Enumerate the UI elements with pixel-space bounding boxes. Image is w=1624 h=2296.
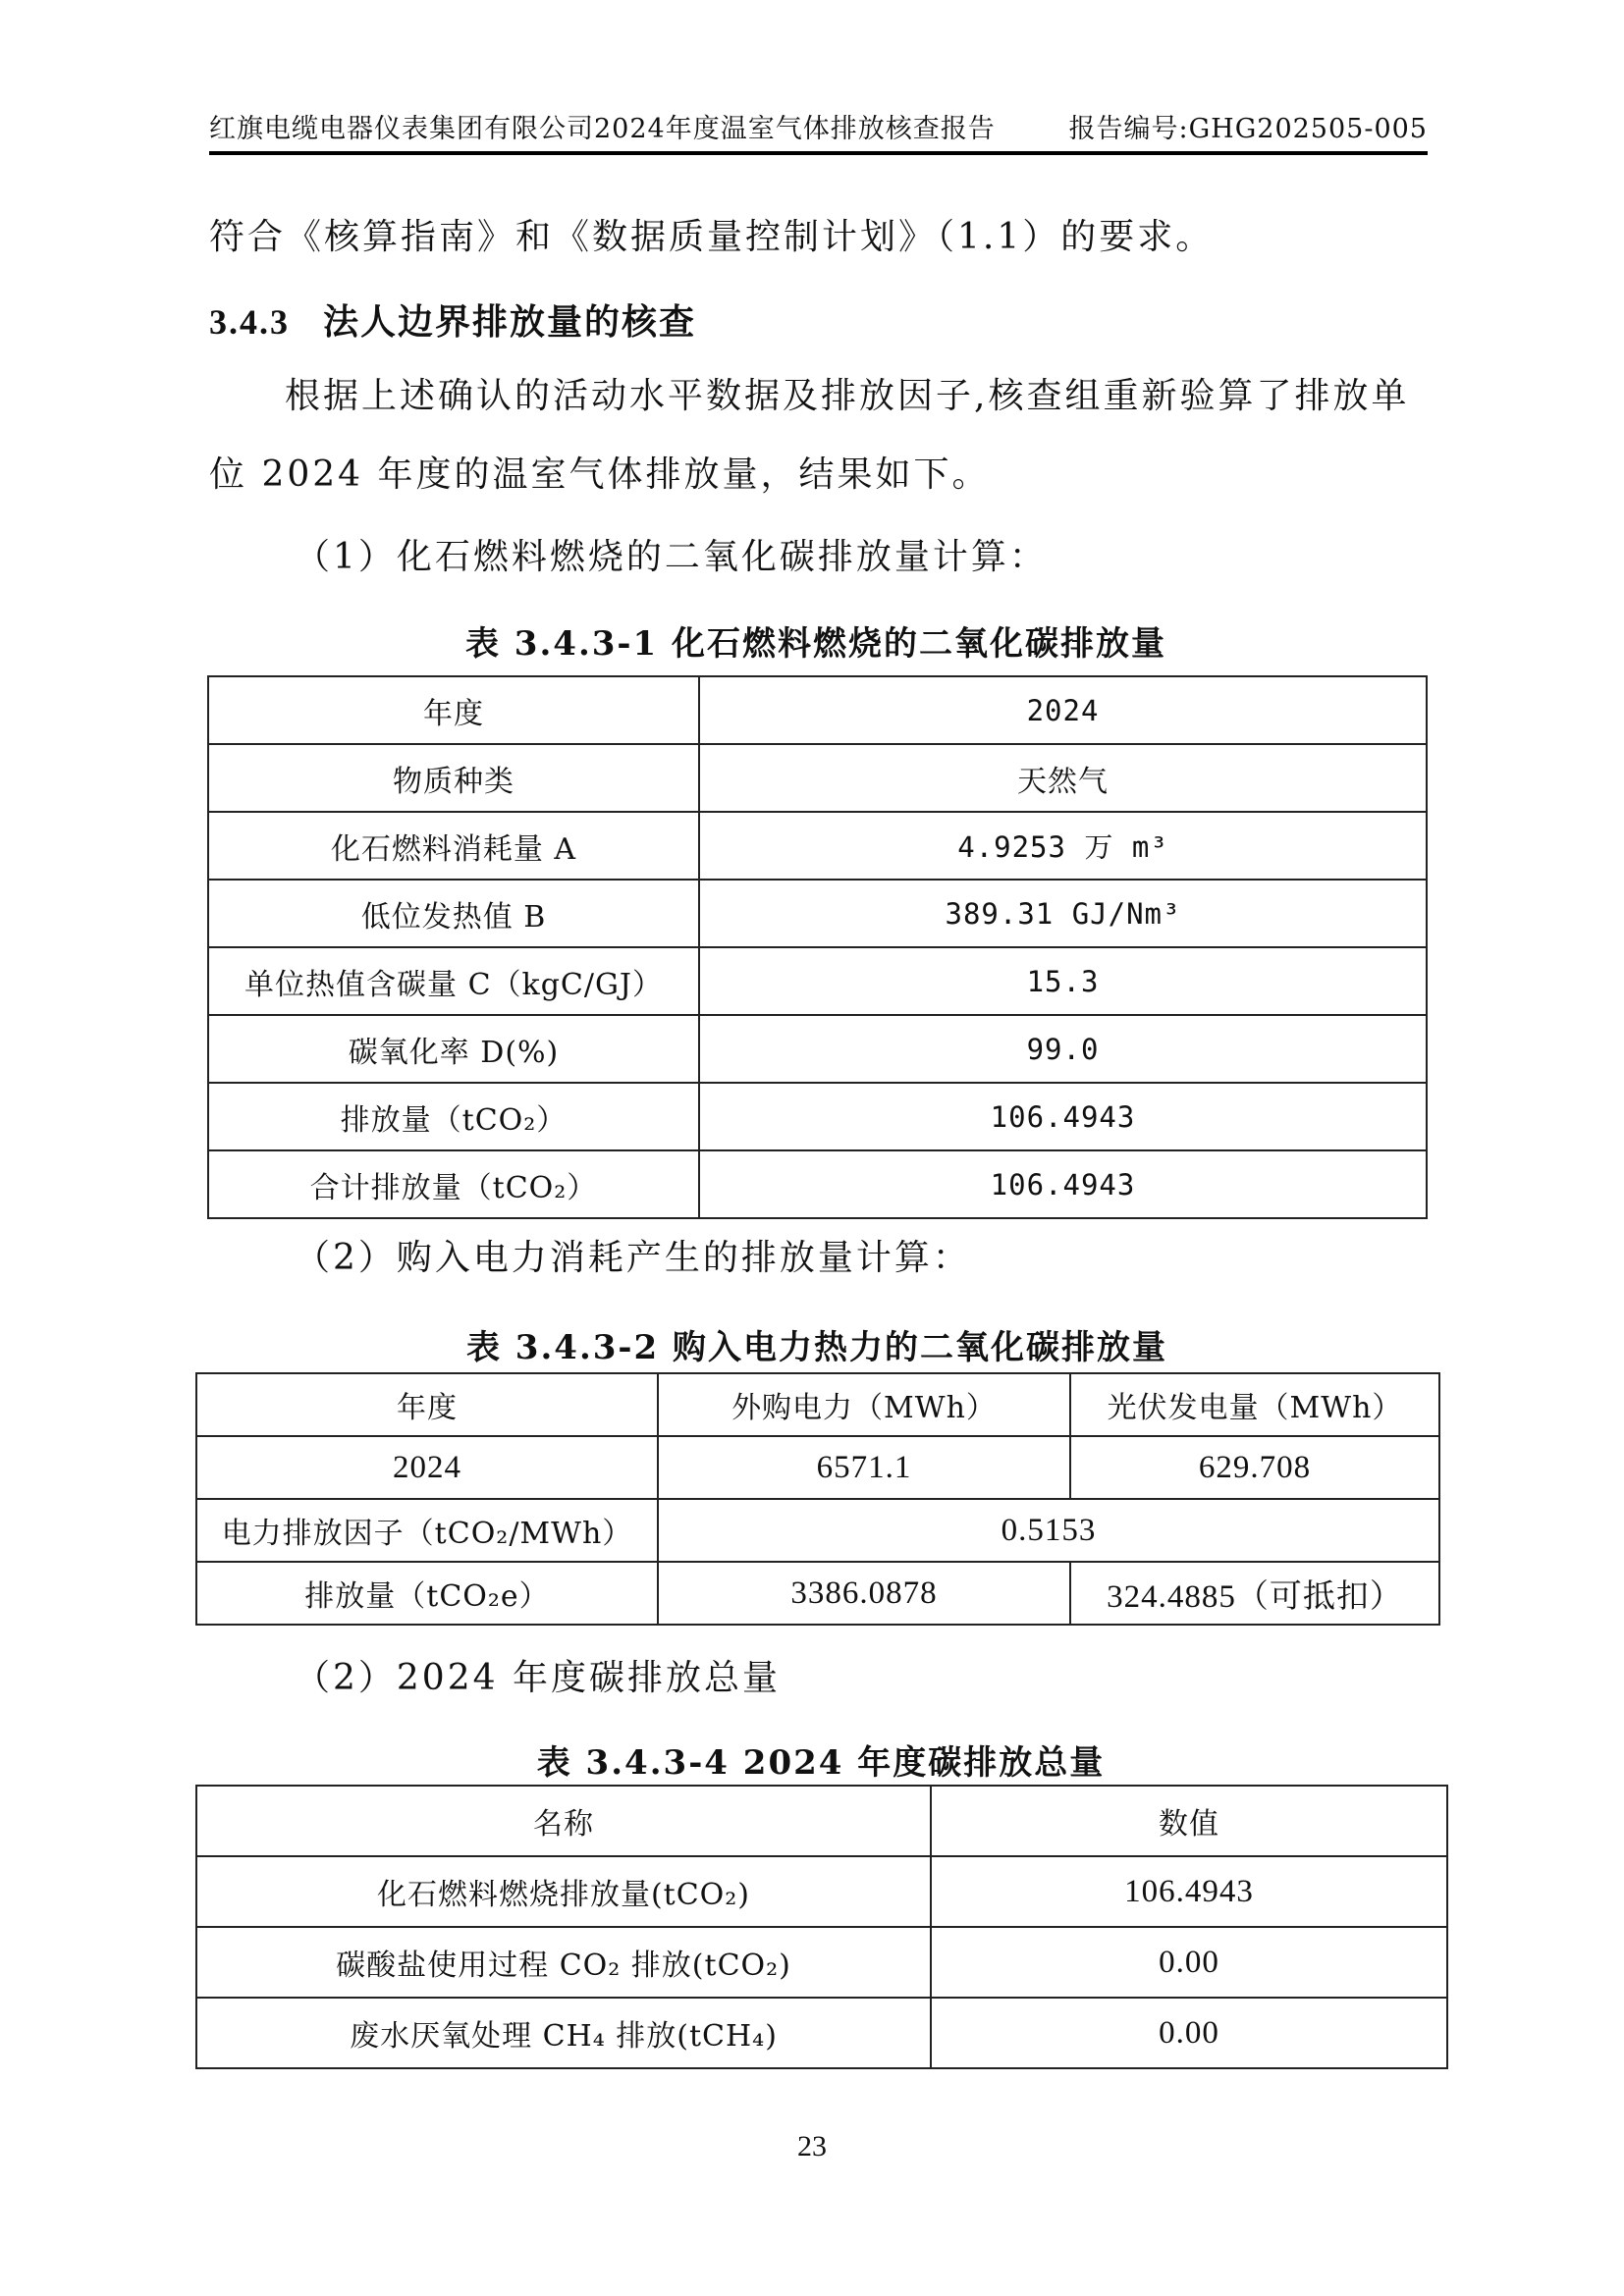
section-heading: 3.4.3法人边界排放量的核查	[209, 294, 696, 345]
table-row: 物质种类 天然气	[208, 744, 1427, 812]
table-row: 化石燃料消耗量 A 4.9253 万 m³	[208, 812, 1427, 880]
row-value: 99.0	[699, 1015, 1427, 1083]
section-number: 3.4.3	[209, 302, 290, 342]
table-header-row: 年度 外购电力（MWh） 光伏发电量（MWh）	[196, 1373, 1439, 1436]
row-label: 碳酸盐使用过程 CO₂ 排放(tCO₂)	[196, 1927, 931, 1998]
running-header: 红旗电缆电器仪表集团有限公司2024年度温室气体排放核查报告 报告编号:GHG2…	[209, 116, 1428, 155]
col-header-pv: 光伏发电量（MWh）	[1070, 1373, 1439, 1436]
emission-pv: 324.4885（可抵扣）	[1070, 1562, 1439, 1625]
row-label: 排放量（tCO₂）	[208, 1083, 699, 1150]
section-title: 法人边界排放量的核查	[323, 301, 696, 343]
emission-label: 排放量（tCO₂e）	[196, 1562, 658, 1625]
row-label: 单位热值含碳量 C（kgC/GJ）	[208, 947, 699, 1015]
table-row: 电力排放因子（tCO₂/MWh） 0.5153	[196, 1499, 1439, 1562]
table-row: 碳氧化率 D(%) 99.0	[208, 1015, 1427, 1083]
row-value: 106.4943	[931, 1856, 1447, 1927]
total-emission-table: 名称 数值 化石燃料燃烧排放量(tCO₂) 106.4943 碳酸盐使用过程 C…	[195, 1785, 1448, 2069]
fossil-fuel-emission-table: 年度 2024 物质种类 天然气 化石燃料消耗量 A 4.9253 万 m³ 低…	[207, 675, 1428, 1219]
col-header-value: 数值	[931, 1786, 1447, 1856]
row-label: 合计排放量（tCO₂）	[208, 1150, 699, 1218]
col-header-name: 名称	[196, 1786, 931, 1856]
row-value: 106.4943	[699, 1150, 1427, 1218]
row-label: 低位发热值 B	[208, 880, 699, 947]
cell-purchased: 6571.1	[658, 1436, 1070, 1499]
row-label: 年度	[208, 676, 699, 744]
cell-year: 2024	[196, 1436, 658, 1499]
subsection-2-title: （2）购入电力消耗产生的排放量计算：	[295, 1239, 971, 1278]
row-value: 0.00	[931, 1998, 1447, 2068]
table-row: 排放量（tCO₂e） 3386.0878 324.4885（可抵扣）	[196, 1562, 1439, 1625]
row-value: 2024	[699, 676, 1427, 744]
factor-value: 0.5153	[658, 1499, 1439, 1562]
table-row: 排放量（tCO₂） 106.4943	[208, 1083, 1427, 1150]
continuation-line: 符合《核算指南》和《数据质量控制计划》（1.1）的要求。	[209, 218, 1214, 257]
row-label: 化石燃料燃烧排放量(tCO₂)	[196, 1856, 931, 1927]
cell-pv: 629.708	[1070, 1436, 1439, 1499]
table-row: 低位发热值 B 389.31 GJ/Nm³	[208, 880, 1427, 947]
row-value: 15.3	[699, 947, 1427, 1015]
table-row: 年度 2024	[208, 676, 1427, 744]
paragraph-line-1: 根据上述确认的活动水平数据及排放因子,核查组重新验算了排放单	[285, 377, 1409, 416]
row-value: 106.4943	[699, 1083, 1427, 1150]
table-row: 化石燃料燃烧排放量(tCO₂) 106.4943	[196, 1856, 1447, 1927]
emission-purchased: 3386.0878	[658, 1562, 1070, 1625]
row-label: 废水厌氧处理 CH₄ 排放(tCH₄)	[196, 1998, 931, 2068]
purchased-electricity-table: 年度 外购电力（MWh） 光伏发电量（MWh） 2024 6571.1 629.…	[195, 1372, 1440, 1626]
subsection-1-title: （1）化石燃料燃烧的二氧化碳排放量计算：	[295, 538, 1048, 577]
table2-caption: 表 3.4.3-2 购入电力热力的二氧化碳排放量	[194, 1320, 1439, 1368]
table-row: 废水厌氧处理 CH₄ 排放(tCH₄) 0.00	[196, 1998, 1447, 2068]
row-value: 0.00	[931, 1927, 1447, 1998]
table3-caption: 表 3.4.3-4 2024 年度碳排放总量	[194, 1735, 1447, 1784]
row-label: 化石燃料消耗量 A	[208, 812, 699, 880]
col-header-year: 年度	[196, 1373, 658, 1436]
row-value: 天然气	[699, 744, 1427, 812]
table-row: 合计排放量（tCO₂） 106.4943	[208, 1150, 1427, 1218]
table1-caption: 表 3.4.3-1 化石燃料燃烧的二氧化碳排放量	[206, 616, 1426, 665]
table-row: 2024 6571.1 629.708	[196, 1436, 1439, 1499]
page-number: 23	[0, 2130, 1624, 2163]
paragraph-line-2: 位 2024 年度的温室气体排放量，结果如下。	[209, 455, 991, 495]
row-value: 4.9253 万 m³	[699, 812, 1427, 880]
table-row: 碳酸盐使用过程 CO₂ 排放(tCO₂) 0.00	[196, 1927, 1447, 1998]
table-header-row: 名称 数值	[196, 1786, 1447, 1856]
row-value: 389.31 GJ/Nm³	[699, 880, 1427, 947]
header-report-title: 红旗电缆电器仪表集团有限公司2024年度温室气体排放核查报告	[209, 107, 996, 145]
factor-label: 电力排放因子（tCO₂/MWh）	[196, 1499, 658, 1562]
subsection-3-title: （2）2024 年度碳排放总量	[295, 1659, 781, 1698]
row-label: 碳氧化率 D(%)	[208, 1015, 699, 1083]
row-label: 物质种类	[208, 744, 699, 812]
col-header-purchased: 外购电力（MWh）	[658, 1373, 1070, 1436]
header-report-number: 报告编号:GHG202505-005	[1068, 107, 1428, 145]
table-row: 单位热值含碳量 C（kgC/GJ） 15.3	[208, 947, 1427, 1015]
